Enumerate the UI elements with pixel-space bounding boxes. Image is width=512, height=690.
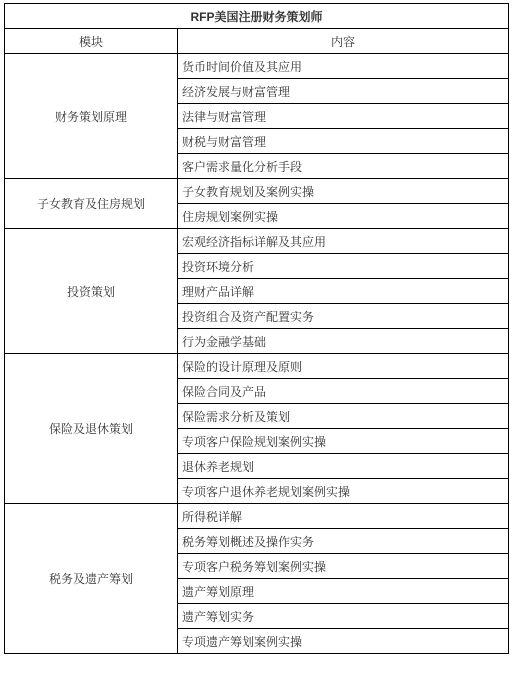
content-cell: 宏观经济指标详解及其应用 <box>178 229 509 254</box>
content-cell: 子女教育规划及案例实操 <box>178 179 509 204</box>
content-cell: 退休养老规划 <box>178 454 509 479</box>
content-cell: 法律与财富管理 <box>178 104 509 129</box>
table-title: RFP美国注册财务策划师 <box>5 4 509 29</box>
content-cell: 遗产筹划实务 <box>178 604 509 629</box>
content-cell: 理财产品详解 <box>178 279 509 304</box>
module-cell-education-housing-planning: 子女教育及住房规划 <box>5 179 178 229</box>
table-row: 子女教育及住房规划 子女教育规划及案例实操 <box>5 179 509 204</box>
content-cell: 投资组合及资产配置实务 <box>178 304 509 329</box>
table-row: 投资策划 宏观经济指标详解及其应用 <box>5 229 509 254</box>
content-cell: 行为金融学基础 <box>178 329 509 354</box>
content-cell: 遗产筹划原理 <box>178 579 509 604</box>
rfp-course-table: RFP美国注册财务策划师 模块 内容 财务策划原理 货币时间价值及其应用 经济发… <box>4 3 509 654</box>
content-cell: 财税与财富管理 <box>178 129 509 154</box>
content-cell: 保险的设计原理及原则 <box>178 354 509 379</box>
table-title-row: RFP美国注册财务策划师 <box>5 4 509 29</box>
content-cell: 保险合同及产品 <box>178 379 509 404</box>
content-cell: 专项客户保险规划案例实操 <box>178 429 509 454</box>
content-cell: 保险需求分析及策划 <box>178 404 509 429</box>
content-cell: 投资环境分析 <box>178 254 509 279</box>
content-cell: 客户需求量化分析手段 <box>178 154 509 179</box>
content-cell: 住房规划案例实操 <box>178 204 509 229</box>
content-cell: 税务筹划概述及操作实务 <box>178 529 509 554</box>
module-cell-financial-planning-principles: 财务策划原理 <box>5 54 178 179</box>
table-row: 保险及退休策划 保险的设计原理及原则 <box>5 354 509 379</box>
module-cell-insurance-retirement-planning: 保险及退休策划 <box>5 354 178 504</box>
column-header-module: 模块 <box>5 29 178 54</box>
content-cell: 专项遗产筹划案例实操 <box>178 629 509 654</box>
table-row: 财务策划原理 货币时间价值及其应用 <box>5 54 509 79</box>
module-cell-investment-planning: 投资策划 <box>5 229 178 354</box>
content-cell: 货币时间价值及其应用 <box>178 54 509 79</box>
column-header-content: 内容 <box>178 29 509 54</box>
table-row: 税务及遗产筹划 所得税详解 <box>5 504 509 529</box>
content-cell: 经济发展与财富管理 <box>178 79 509 104</box>
content-cell: 专项客户税务筹划案例实操 <box>178 554 509 579</box>
table-header-row: 模块 内容 <box>5 29 509 54</box>
content-cell: 所得税详解 <box>178 504 509 529</box>
module-cell-tax-estate-planning: 税务及遗产筹划 <box>5 504 178 654</box>
content-cell: 专项客户退休养老规划案例实操 <box>178 479 509 504</box>
